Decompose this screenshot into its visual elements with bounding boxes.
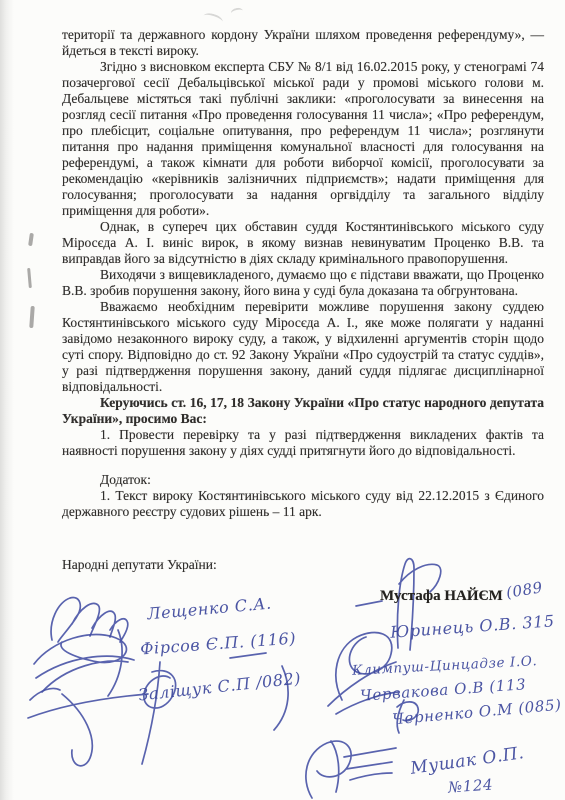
paragraph-deputies-heading: Народні депутати України:	[62, 557, 544, 573]
scanned-document-page: території та державного кордону України …	[0, 0, 565, 800]
typed-name-nayyem: Мустафа НАЙЄМ	[380, 588, 503, 605]
signature-scribble-leshchenko	[51, 598, 128, 642]
scan-margin-artifact	[28, 233, 34, 246]
scan-smudge	[202, 11, 224, 27]
scan-margin-artifact	[27, 268, 32, 288]
scan-margin-artifact	[29, 306, 35, 328]
handwritten-name-mushak: Мушак О.П.	[409, 743, 525, 779]
handwritten-name-klympush: Климпуш-Цинцадзе І.О.	[352, 653, 538, 679]
handwritten-number-nayyem: (089	[505, 578, 544, 602]
scan-smudge	[230, 7, 243, 17]
document-body: території та державного кордону України …	[62, 27, 544, 573]
handwritten-name-leshchenko: Лещенко С.А.	[146, 594, 272, 624]
handwritten-name-firsov: Фірсов Є.П. (116)	[140, 629, 297, 659]
paragraph-verdict-quote: території та державного кордону України …	[62, 27, 544, 59]
paragraph-attachment-item: 1. Текст вироку Костянтинівського місько…	[62, 488, 544, 520]
paragraph-judge-verdict: Однак, в супереч цих обставин суддя Кост…	[62, 219, 544, 267]
paragraph-request-item: 1. Провести перевірку та у разі підтверд…	[62, 427, 544, 459]
paragraph-law-violation: Вважаємо необхідним перевірити можливе п…	[62, 299, 544, 395]
paragraph-attachment-label: Додаток:	[62, 472, 544, 488]
paragraph-conclusion: Виходячи з вищевикладеного, думаємо що є…	[62, 267, 544, 299]
scan-edge-shadow	[0, 0, 14, 800]
handwritten-name-yurynets: Юринець О.В. 315	[390, 611, 556, 641]
signature-scribble-mushak	[306, 741, 396, 798]
handwritten-number-mushak: №124	[447, 775, 493, 796]
handwritten-name-zalishchuk: Заліщук С.П /082)	[137, 669, 302, 705]
paragraph-sbu-expertise: Згідно з висновком експерта СБУ № 8/1 ві…	[62, 59, 544, 219]
paragraph-request-intro: Керуючись ст. 16, 17, 18 Закону України …	[62, 395, 544, 427]
